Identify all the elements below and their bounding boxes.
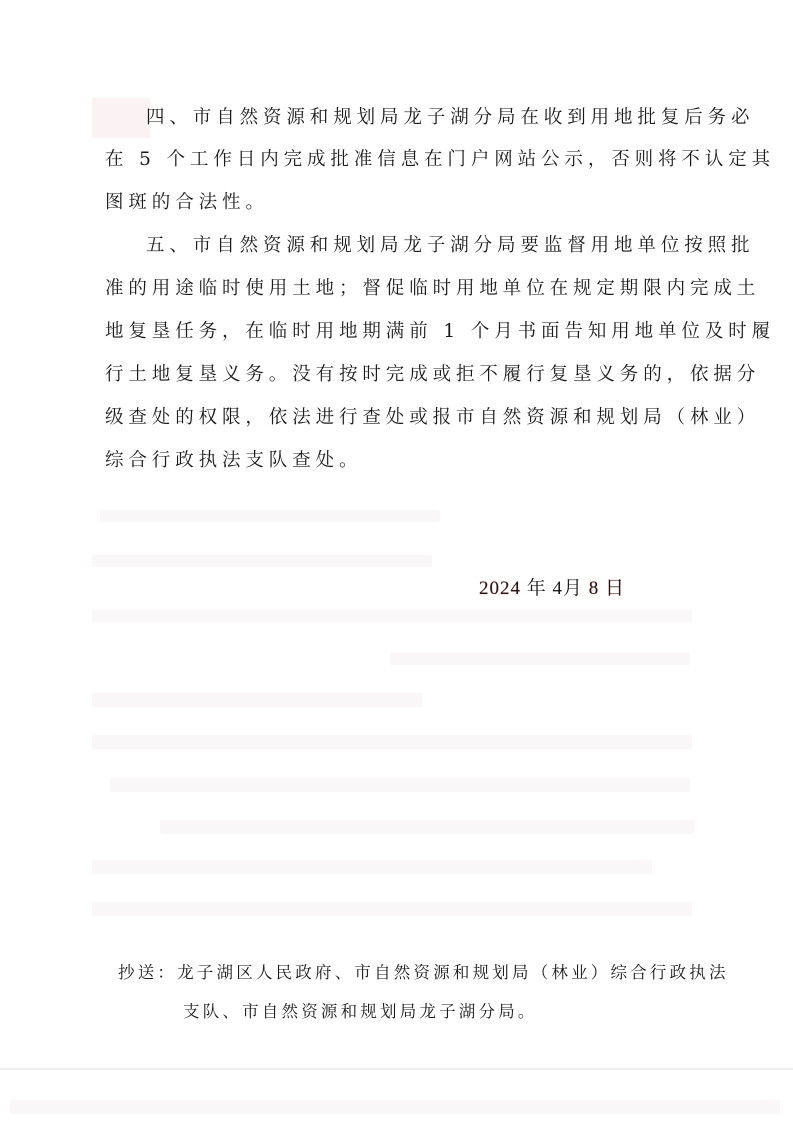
show-through-text — [160, 820, 695, 834]
show-through-text — [10, 1100, 780, 1114]
show-through-text — [92, 693, 422, 707]
date-year: 2024 — [479, 578, 521, 599]
document-page: 四、市自然资源和规划局龙子湖分局在收到用地批复后务必 在 5 个工作日内完成批准… — [0, 0, 793, 1122]
show-through-text — [110, 778, 690, 792]
date-month-suffix: 月 — [563, 578, 583, 599]
show-through-text — [92, 555, 432, 567]
show-through-text — [92, 735, 692, 749]
date-day: 8 — [589, 578, 600, 599]
cc-line-2: 支队、市自然资源和规划局龙子湖分局。 — [183, 1001, 538, 1023]
scan-edge-line — [0, 1068, 793, 1070]
show-through-text — [92, 610, 692, 622]
paragraph-4-line-1: 四、市自然资源和规划局龙子湖分局在收到用地批复后务必 — [146, 106, 706, 130]
paragraph-4-line-2: 在 5 个工作日内完成批准信息在门户网站公示，否则将不认定其 — [105, 148, 705, 172]
show-through-text — [92, 860, 652, 874]
paragraph-5-line-3: 地复垦任务，在临时用地期满前 1 个月书面告知用地单位及时履 — [105, 320, 705, 344]
show-through-text — [390, 653, 690, 665]
paragraph-5-line-1: 五、市自然资源和规划局龙子湖分局要监督用地单位按照批 — [146, 234, 706, 258]
paragraph-5-line-4: 行土地复垦义务。没有按时完成或拒不履行复垦义务的，依据分 — [105, 363, 705, 387]
paragraph-5-line-5: 级查处的权限，依法进行查处或报市自然资源和规划局（林业） — [105, 406, 705, 430]
signing-date: 2024 年 4月 8 日 — [479, 577, 625, 601]
cc-line-1: 抄送：龙子湖区人民政府、市自然资源和规划局（林业）综合行政执法 — [118, 962, 729, 984]
scan-artifact — [92, 98, 150, 138]
paragraph-5-line-2: 准的用途临时使用土地；督促临时用地单位在规定期限内完成土 — [105, 277, 705, 301]
show-through-text — [100, 510, 440, 522]
show-through-text — [92, 902, 692, 916]
paragraph-4-line-3: 图斑的合法性。 — [105, 191, 705, 215]
date-year-suffix: 年 — [527, 578, 547, 599]
date-day-suffix: 日 — [605, 578, 625, 599]
paragraph-5-line-6: 综合行政执法支队查处。 — [105, 449, 705, 473]
date-month: 4 — [553, 578, 564, 599]
